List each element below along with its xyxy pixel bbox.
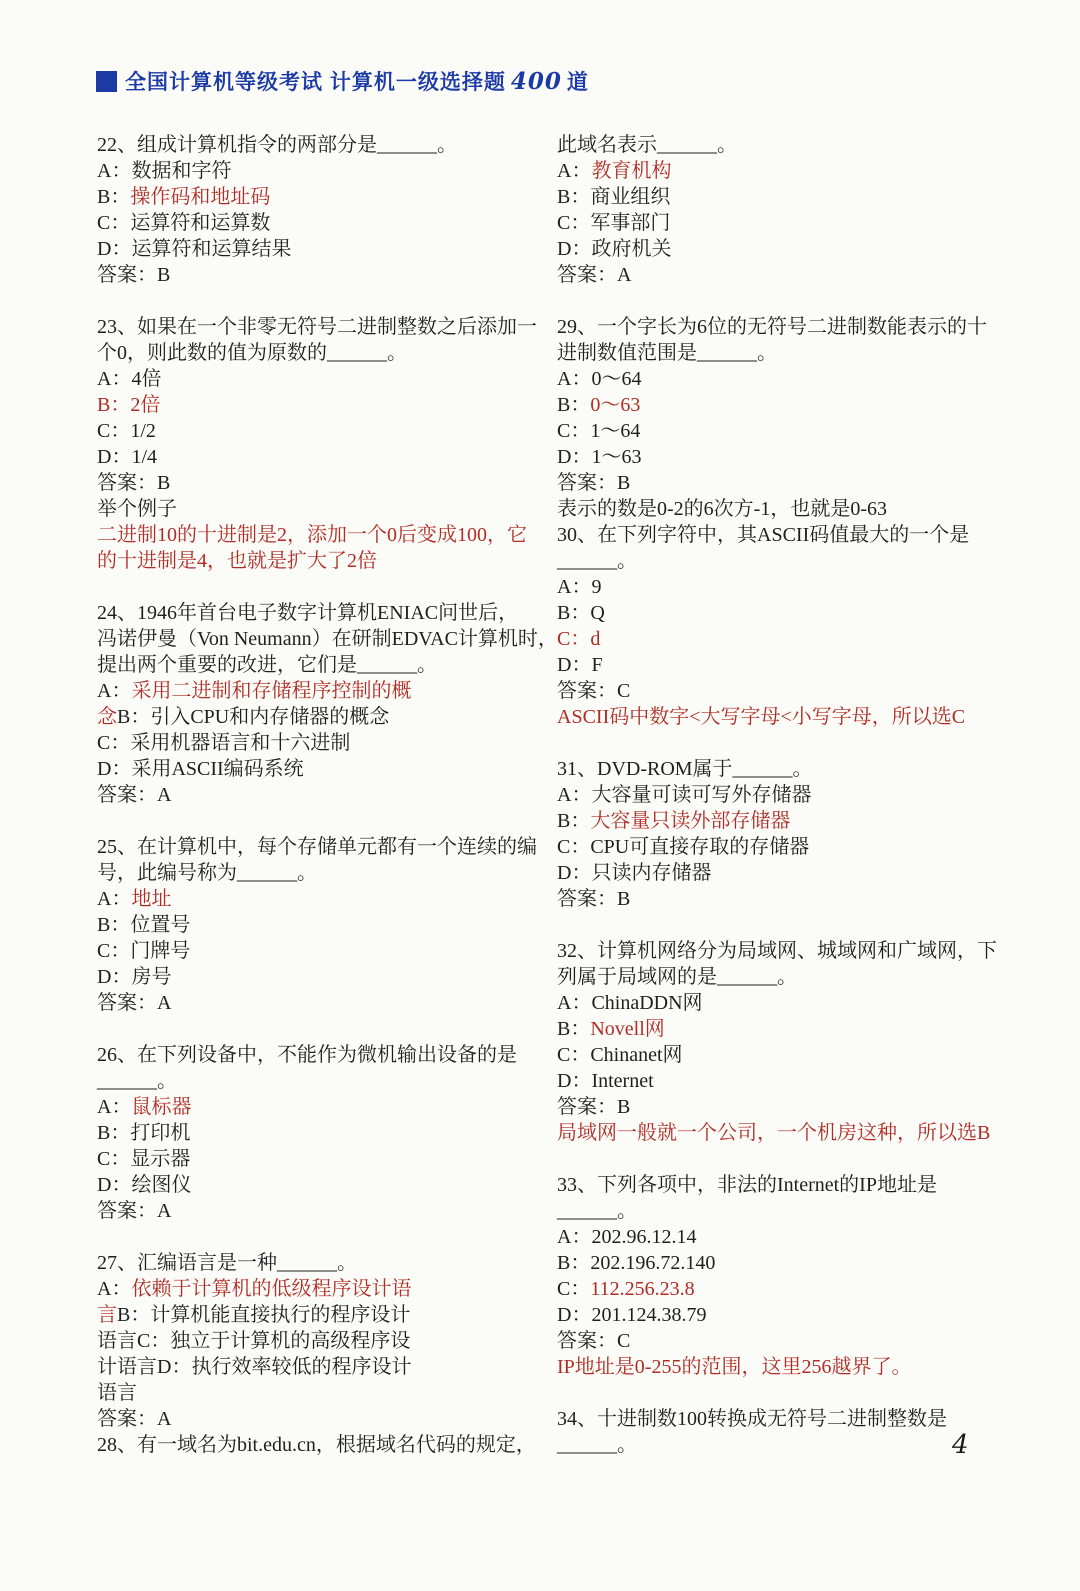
text-line: B：打印机 [97,1120,545,1146]
text-line: D：政府机关 [557,236,1005,262]
text-segment: ______。 [97,1070,177,1092]
highlighted-text: 念 [97,706,117,728]
text-segment: 冯诺伊曼（Von Neumann）在研制EDVAC计算机时， [97,628,558,650]
text-segment: A：数据和字符 [97,160,231,182]
text-line: B：0～63 [557,392,1005,418]
text-line: 语言C：独立于计算机的高级程序设 [97,1328,545,1354]
text-segment: A：ChinaDDN网 [557,992,703,1014]
text-line: ______。 [97,1068,545,1094]
text-line: 答案：A [97,990,545,1016]
text-segment: ______。 [557,1200,637,1222]
text-segment: D：Internet [557,1070,654,1092]
text-line: 计语言D：执行效率较低的程序设计 [97,1354,545,1380]
blank-line [557,912,1005,938]
text-line: D：运算符和运算结果 [97,236,545,262]
text-segment: 举个例子 [97,498,177,520]
text-line: B：Q [557,600,1005,626]
text-line: C：1～64 [557,418,1005,444]
text-line: B：大容量只读外部存储器 [557,808,1005,834]
text-segment: C：运算符和运算数 [97,212,270,234]
text-segment: 进制数值范围是______。 [557,342,777,364]
text-line: 27、汇编语言是一种______。 [97,1250,545,1276]
text-segment: D：201.124.38.79 [557,1304,706,1326]
text-line: C：采用机器语言和十六进制 [97,730,545,756]
text-segment: C：CPU可直接存取的存储器 [557,836,809,858]
text-line: 33、下列各项中，非法的Internet的IP地址是 [557,1172,1005,1198]
header-count-suffix: 道 [567,71,589,94]
blank-line [97,1224,545,1250]
highlighted-text: 依赖于计算机的低级程序设计语 [131,1278,411,1300]
text-line: 个0，则此数的值为原数的______。 [97,340,545,366]
text-segment: 语言C：独立于计算机的高级程序设 [97,1330,410,1352]
text-segment: 34、十进制数100转换成无符号二进制整数是 [557,1408,947,1430]
text-segment: 个0，则此数的值为原数的______。 [97,342,407,364]
text-segment: A：大容量可读可写外存储器 [557,784,811,806]
text-line: 局域网一般就一个公司，一个机房这种，所以选B [557,1120,1005,1146]
text-line: ______。 [557,1198,1005,1224]
text-line: ______。 [557,548,1005,574]
highlighted-text: 的十进制是4，也就是扩大了2倍 [97,550,377,572]
text-segment: A：4倍 [97,368,161,390]
text-segment: A：9 [557,576,601,598]
text-line: 24、1946年首台电子数字计算机ENIAC问世后， [97,600,545,626]
text-line: 答案：C [557,678,1005,704]
text-segment: D：政府机关 [557,238,671,260]
text-line: IP地址是0-255的范围，这里256越界了。 [557,1354,1005,1380]
text-segment: 号，此编号称为______。 [97,862,317,884]
text-segment: 答案：A [97,1408,171,1430]
text-segment: 答案：A [97,784,171,806]
text-line: 29、一个字长为6位的无符号二进制数能表示的十 [557,314,1005,340]
text-line: B：位置号 [97,912,545,938]
text-line: D：Internet [557,1068,1005,1094]
text-segment: C：1/2 [97,420,156,442]
text-line: 二进制10的十进制是2，添加一个0后变成100，它 [97,522,545,548]
highlighted-text: 采用二进制和存储程序控制的概 [131,680,411,702]
text-segment: 22、组成计算机指令的两部分是______。 [97,134,457,156]
highlighted-text: IP地址是0-255的范围，这里256越界了。 [557,1356,911,1378]
text-segment: 答案：B [557,1096,630,1118]
highlighted-text: 地址 [131,888,171,910]
highlighted-text: 0～63 [590,394,640,416]
text-segment: B：Q [557,602,605,624]
highlighted-text: 局域网一般就一个公司，一个机房这种，所以选B [557,1122,990,1144]
text-segment: C：门牌号 [97,940,190,962]
text-line: D：201.124.38.79 [557,1302,1005,1328]
blank-line [97,574,545,600]
text-segment: A： [557,160,591,182]
text-segment: 答案：B [97,472,170,494]
text-segment: 答案：B [97,264,170,286]
page-header: 全国计算机等级考试 计算机一级选择题400道 [96,66,589,96]
text-segment: 答案：A [557,264,631,286]
text-segment: B： [97,186,130,208]
text-line: D：房号 [97,964,545,990]
text-segment: A： [97,680,131,702]
text-segment: 27、汇编语言是一种______。 [97,1252,357,1274]
text-segment: ______。 [557,550,637,572]
highlighted-text: C：d [557,628,600,650]
text-line: ASCII码中数字<大写字母<小写字母，所以选C [557,704,1005,730]
text-segment: 列属于局域网的是______。 [557,966,797,988]
text-line: 22、组成计算机指令的两部分是______。 [97,132,545,158]
text-line: B：商业组织 [557,184,1005,210]
text-line: 答案：A [97,1198,545,1224]
text-line: A：教育机构 [557,158,1005,184]
text-line: 表示的数是0-2的6次方-1，也就是0-63 [557,496,1005,522]
text-line: B：Novell网 [557,1016,1005,1042]
text-segment: 30、在下列字符中，其ASCII码值最大的一个是 [557,524,969,546]
text-segment: 33、下列各项中，非法的Internet的IP地址是 [557,1174,937,1196]
text-segment: A： [97,888,131,910]
text-segment: B： [557,1018,590,1040]
blank-line [557,730,1005,756]
text-line: 23、如果在一个非零无符号二进制整数之后添加一 [97,314,545,340]
text-segment: 26、在下列设备中，不能作为微机输出设备的是 [97,1044,517,1066]
column-left: 22、组成计算机指令的两部分是______。A：数据和字符B：操作码和地址码C：… [97,132,545,1458]
header-title: 全国计算机等级考试 计算机一级选择题400道 [125,66,589,96]
text-segment: 答案：B [557,888,630,910]
highlighted-text: 言 [97,1304,117,1326]
text-line: C：运算符和运算数 [97,210,545,236]
header-title-text: 全国计算机等级考试 计算机一级选择题 [125,71,506,94]
text-line: B：2倍 [97,392,545,418]
text-line: 答案：A [97,1406,545,1432]
text-segment: D：1～63 [557,446,641,468]
text-segment: 25、在计算机中，每个存储单元都有一个连续的编 [97,836,537,858]
highlighted-text: 教育机构 [591,160,671,182]
text-segment: D：绘图仪 [97,1174,191,1196]
highlighted-text: 鼠标器 [131,1096,191,1118]
text-segment: A：202.96.12.14 [557,1226,696,1248]
text-segment: 23、如果在一个非零无符号二进制整数之后添加一 [97,316,537,338]
text-line: A：202.96.12.14 [557,1224,1005,1250]
text-line: C：门牌号 [97,938,545,964]
text-line: C：1/2 [97,418,545,444]
text-line: D：1/4 [97,444,545,470]
text-line: 列属于局域网的是______。 [557,964,1005,990]
text-segment: C：1～64 [557,420,640,442]
text-segment: C：采用机器语言和十六进制 [97,732,350,754]
text-line: D：F [557,652,1005,678]
text-line: B：操作码和地址码 [97,184,545,210]
blank-line [97,1016,545,1042]
text-line: A：4倍 [97,366,545,392]
text-segment: A： [97,1096,131,1118]
text-segment: D：1/4 [97,446,157,468]
text-line: 答案：C [557,1328,1005,1354]
text-line: C：CPU可直接存取的存储器 [557,834,1005,860]
text-line: A：大容量可读可写外存储器 [557,782,1005,808]
text-line: A：采用二进制和存储程序控制的概 [97,678,545,704]
text-segment: D：运算符和运算结果 [97,238,291,260]
column-right: 此域名表示______。A：教育机构B：商业组织C：军事部门D：政府机关答案：A… [557,132,1005,1458]
text-segment: B： [557,394,590,416]
text-line: A：地址 [97,886,545,912]
text-segment: 答案：A [97,992,171,1014]
text-segment: B：位置号 [97,914,190,936]
text-line: C：112.256.23.8 [557,1276,1005,1302]
text-segment: D：采用ASCII编码系统 [97,758,304,780]
text-segment: 答案：A [97,1200,171,1222]
highlighted-text: 112.256.23.8 [590,1278,694,1300]
text-segment: 28、有一域名为bit.edu.cn，根据域名代码的规定， [97,1434,536,1456]
text-segment: 24、1946年首台电子数字计算机ENIAC问世后， [97,602,518,624]
text-segment: 答案：C [557,680,630,702]
text-line: 答案：A [97,782,545,808]
text-line: B：202.196.72.140 [557,1250,1005,1276]
text-segment: 答案：C [557,1330,630,1352]
highlighted-text: 操作码和地址码 [130,186,270,208]
text-segment: 此域名表示______。 [557,134,737,156]
text-line: A：数据和字符 [97,158,545,184]
text-segment: B：打印机 [97,1122,190,1144]
text-segment: 计语言D：执行效率较低的程序设计 [97,1356,411,1378]
text-line: 答案：A [557,262,1005,288]
text-segment: C： [557,1278,590,1300]
text-segment: C：军事部门 [557,212,670,234]
text-line: 此域名表示______。 [557,132,1005,158]
text-line: C：d [557,626,1005,652]
text-line: 言B：计算机能直接执行的程序设计 [97,1302,545,1328]
text-line: A：9 [557,574,1005,600]
text-segment: B：202.196.72.140 [557,1252,715,1274]
text-line: 28、有一域名为bit.edu.cn，根据域名代码的规定， [97,1432,545,1458]
text-segment: 语言 [97,1382,137,1404]
blank-line [97,288,545,314]
text-line: 30、在下列字符中，其ASCII码值最大的一个是 [557,522,1005,548]
highlighted-text: Novell网 [590,1018,664,1040]
text-line: A：ChinaDDN网 [557,990,1005,1016]
text-segment: C：显示器 [97,1148,190,1170]
text-line: 答案：B [97,470,545,496]
text-line: 25、在计算机中，每个存储单元都有一个连续的编 [97,834,545,860]
text-segment: 提出两个重要的改进，它们是______。 [97,654,437,676]
highlighted-text: ASCII码中数字<大写字母<小写字母，所以选C [557,706,965,728]
text-line: 举个例子 [97,496,545,522]
page-number: 4 [952,1430,969,1460]
text-segment: B：计算机能直接执行的程序设计 [117,1304,410,1326]
text-segment: 32、计算机网络分为局域网、城域网和广域网，下 [557,940,997,962]
text-line: D：绘图仪 [97,1172,545,1198]
blank-line [97,808,545,834]
text-segment: A： [97,1278,131,1300]
text-segment: 答案：B [557,472,630,494]
text-line: 进制数值范围是______。 [557,340,1005,366]
text-line: A：鼠标器 [97,1094,545,1120]
text-segment: D：房号 [97,966,171,988]
text-line: 34、十进制数100转换成无符号二进制整数是 [557,1406,1005,1432]
blank-line [557,1380,1005,1406]
text-line: C：显示器 [97,1146,545,1172]
text-segment: D：只读内存储器 [557,862,711,884]
highlighted-text: 二进制10的十进制是2，添加一个0后变成100，它 [97,524,527,546]
text-line: ______。 [557,1432,1005,1458]
text-segment: B：商业组织 [557,186,670,208]
text-segment: B： [557,810,590,832]
blank-line [557,288,1005,314]
text-line: 答案：B [557,470,1005,496]
header-count: 400 [511,68,562,95]
text-segment: B：引入CPU和内存储器的概念 [117,706,389,728]
text-line: 的十进制是4，也就是扩大了2倍 [97,548,545,574]
highlighted-text: B：2倍 [97,394,160,416]
text-line: 31、DVD-ROM属于______。 [557,756,1005,782]
text-segment: C：Chinanet网 [557,1044,683,1066]
text-line: C：Chinanet网 [557,1042,1005,1068]
text-line: D：1～63 [557,444,1005,470]
text-line: 语言 [97,1380,545,1406]
text-line: 冯诺伊曼（Von Neumann）在研制EDVAC计算机时， [97,626,545,652]
text-segment: 29、一个字长为6位的无符号二进制数能表示的十 [557,316,987,338]
text-line: A：0～64 [557,366,1005,392]
text-line: 26、在下列设备中，不能作为微机输出设备的是 [97,1042,545,1068]
text-line: 号，此编号称为______。 [97,860,545,886]
text-line: 念B：引入CPU和内存储器的概念 [97,704,545,730]
blank-line [557,1146,1005,1172]
text-line: D：采用ASCII编码系统 [97,756,545,782]
text-segment: 表示的数是0-2的6次方-1，也就是0-63 [557,498,887,520]
text-segment: ______。 [557,1434,637,1456]
text-segment: A：0～64 [557,368,641,390]
text-line: C：军事部门 [557,210,1005,236]
text-line: A：依赖于计算机的低级程序设计语 [97,1276,545,1302]
highlighted-text: 大容量只读外部存储器 [590,810,790,832]
text-line: 提出两个重要的改进，它们是______。 [97,652,545,678]
text-segment: 31、DVD-ROM属于______。 [557,758,813,780]
text-line: 答案：B [557,1094,1005,1120]
text-line: D：只读内存储器 [557,860,1005,886]
header-square-icon [96,71,117,92]
text-segment: D：F [557,654,603,676]
text-line: 答案：B [97,262,545,288]
text-line: 32、计算机网络分为局域网、城域网和广域网，下 [557,938,1005,964]
text-line: 答案：B [557,886,1005,912]
